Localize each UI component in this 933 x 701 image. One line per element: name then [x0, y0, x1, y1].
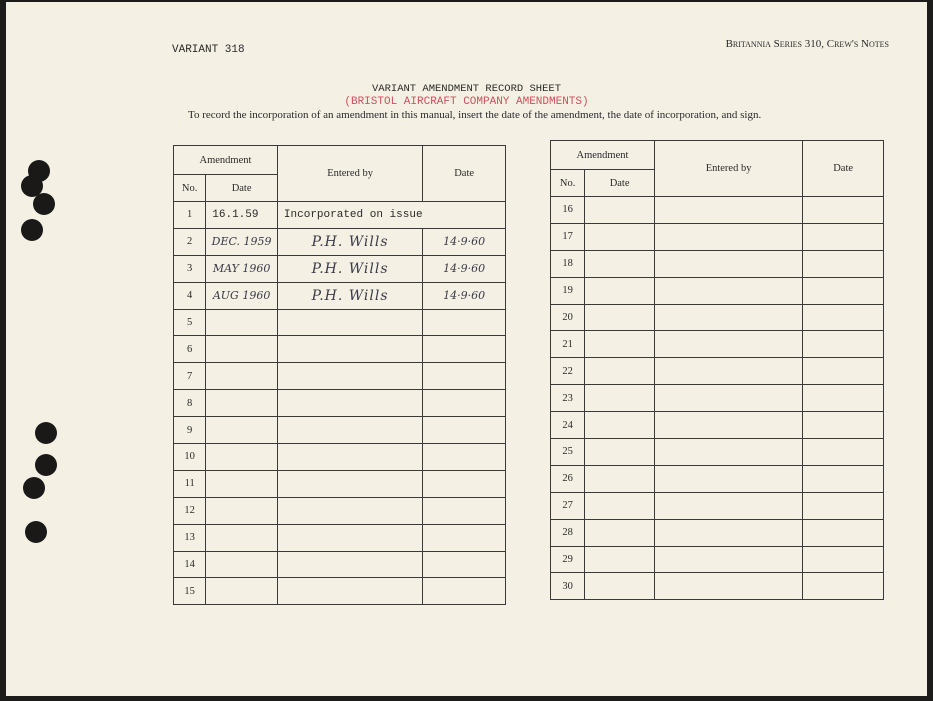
table-row: 11: [174, 470, 506, 497]
row-no: 7: [174, 363, 206, 390]
row-no: 19: [551, 277, 585, 304]
entered-by: [654, 519, 802, 546]
entered-by: [654, 546, 802, 573]
row-no: 28: [551, 519, 585, 546]
amendment-date: [585, 519, 655, 546]
table-row: 7: [174, 363, 506, 390]
date-header: Date: [585, 170, 655, 197]
table-row: 6: [174, 336, 506, 363]
table-row: 2 DEC. 1959 P.H. Wills 14·9·60: [174, 228, 506, 255]
row-no: 22: [551, 358, 585, 385]
date-incorporated: [423, 578, 506, 605]
row-no: 8: [174, 390, 206, 417]
signature: P.H. Wills: [277, 228, 422, 255]
date-incorporated: [423, 336, 506, 363]
date-incorporated: [803, 304, 884, 331]
row-no: 3: [174, 255, 206, 282]
no-header: No.: [551, 170, 585, 197]
amendment-date: 16.1.59: [206, 202, 278, 229]
amendment-date: AUG 1960: [206, 282, 278, 309]
entered-by: [277, 390, 422, 417]
entered-by: [277, 524, 422, 551]
table-row: 15: [174, 578, 506, 605]
entered-by: [654, 331, 802, 358]
amendment-date: [206, 551, 278, 578]
row-no: 1: [174, 202, 206, 229]
date-incorporated: [803, 385, 884, 412]
series-label: Britannia Series 310, Crew's Notes: [726, 38, 889, 50]
entered-by: [277, 336, 422, 363]
amendment-date: [585, 385, 655, 412]
entered-by: [654, 197, 802, 224]
entered-by: [277, 444, 422, 471]
amendment-date: [206, 363, 278, 390]
table-row: 28: [551, 519, 884, 546]
signature: P.H. Wills: [277, 282, 422, 309]
table-row: 21: [551, 331, 884, 358]
no-header: No.: [174, 175, 206, 202]
date-incorporated-header: Date: [423, 146, 506, 202]
row-no: 30: [551, 573, 585, 600]
table-row: 22: [551, 358, 884, 385]
entered-by: [654, 439, 802, 466]
punch-hole: [35, 422, 57, 444]
row-no: 9: [174, 417, 206, 444]
row-no: 16: [551, 197, 585, 224]
entered-by: [654, 412, 802, 439]
row-no: 20: [551, 304, 585, 331]
date-incorporated: [423, 417, 506, 444]
entered-by: [277, 470, 422, 497]
table-row: 16: [551, 197, 884, 224]
amendment-date: [206, 524, 278, 551]
sheet-title: VARIANT AMENDMENT RECORD SHEET: [6, 83, 927, 95]
date-incorporated: [803, 223, 884, 250]
entered-by: [277, 551, 422, 578]
sheet-instructions: To record the incorporation of an amendm…: [188, 109, 761, 121]
table-row: 10: [174, 444, 506, 471]
row-no: 14: [174, 551, 206, 578]
table-row: 8: [174, 390, 506, 417]
table-row: 13: [174, 524, 506, 551]
sheet-subtitle: (BRISTOL AIRCRAFT COMPANY AMENDMENTS): [6, 96, 927, 108]
table-row: 20: [551, 304, 884, 331]
amendment-date: [585, 412, 655, 439]
row-no: 4: [174, 282, 206, 309]
amendment-date: [585, 439, 655, 466]
row-no: 24: [551, 412, 585, 439]
variant-label: VARIANT 318: [172, 44, 245, 56]
table-row: 27: [551, 492, 884, 519]
table-row: 12: [174, 497, 506, 524]
amendment-date: [206, 578, 278, 605]
table-row: 3 MAY 1960 P.H. Wills 14·9·60: [174, 255, 506, 282]
amendment-date: [585, 492, 655, 519]
entered-by: [277, 363, 422, 390]
row-no: 26: [551, 465, 585, 492]
row-no: 23: [551, 385, 585, 412]
amendment-date: [585, 546, 655, 573]
amendment-date: [585, 573, 655, 600]
amendment-date: [585, 250, 655, 277]
row-no: 12: [174, 497, 206, 524]
amendment-group-header: Amendment: [174, 146, 278, 175]
date-header: Date: [206, 175, 278, 202]
amendment-date: [206, 497, 278, 524]
date-incorporated: [803, 331, 884, 358]
row-no: 2: [174, 228, 206, 255]
amendment-date: [585, 465, 655, 492]
amendment-date: [206, 444, 278, 471]
entered-by-header: Entered by: [654, 141, 802, 197]
entered-by: [654, 492, 802, 519]
date-incorporated: 14·9·60: [423, 282, 506, 309]
row-no: 17: [551, 223, 585, 250]
amendment-date: [585, 223, 655, 250]
entered-by: [654, 385, 802, 412]
amendment-date: MAY 1960: [206, 255, 278, 282]
date-incorporated: [803, 250, 884, 277]
amendment-group-header: Amendment: [551, 141, 655, 170]
row-no: 15: [174, 578, 206, 605]
date-incorporated: [423, 497, 506, 524]
amendment-date: [585, 304, 655, 331]
amendment-date: [585, 331, 655, 358]
table-row: 5: [174, 309, 506, 336]
row-no: 6: [174, 336, 206, 363]
date-incorporated: [803, 277, 884, 304]
table-row: 1 16.1.59 Incorporated on issue: [174, 202, 506, 229]
date-incorporated: [423, 524, 506, 551]
amendment-date: [206, 470, 278, 497]
entered-by: [654, 358, 802, 385]
date-incorporated: [803, 546, 884, 573]
entered-by-header: Entered by: [277, 146, 422, 202]
date-incorporated: [803, 358, 884, 385]
date-incorporated: [423, 390, 506, 417]
entered-by: Incorporated on issue: [277, 202, 505, 229]
date-incorporated: [803, 197, 884, 224]
date-incorporated: [423, 363, 506, 390]
date-incorporated: 14·9·60: [423, 255, 506, 282]
row-no: 27: [551, 492, 585, 519]
row-no: 18: [551, 250, 585, 277]
entered-by: [277, 578, 422, 605]
date-incorporated: [423, 470, 506, 497]
entered-by: [277, 309, 422, 336]
amendment-date: [206, 309, 278, 336]
date-incorporated: [423, 551, 506, 578]
amendment-date: [585, 358, 655, 385]
table-row: 4 AUG 1960 P.H. Wills 14·9·60: [174, 282, 506, 309]
row-no: 25: [551, 439, 585, 466]
amendment-date: [206, 390, 278, 417]
row-no: 29: [551, 546, 585, 573]
date-incorporated: [803, 492, 884, 519]
entered-by: [654, 573, 802, 600]
entered-by: [654, 277, 802, 304]
amendment-date: [206, 417, 278, 444]
entered-by: [654, 250, 802, 277]
row-no: 10: [174, 444, 206, 471]
date-incorporated: [803, 439, 884, 466]
document-page: VARIANT 318 Britannia Series 310, Crew's…: [6, 2, 927, 696]
punch-hole: [33, 193, 55, 215]
punch-hole: [35, 454, 57, 476]
amendment-table-left: Amendment Entered by Date No. Date 1 16.…: [173, 145, 506, 605]
row-no: 11: [174, 470, 206, 497]
date-incorporated: 14·9·60: [423, 228, 506, 255]
punch-hole: [21, 219, 43, 241]
signature: P.H. Wills: [277, 255, 422, 282]
amendment-date: [585, 197, 655, 224]
date-incorporated: [803, 573, 884, 600]
amendment-date: [206, 336, 278, 363]
date-incorporated: [803, 412, 884, 439]
entered-by: [277, 497, 422, 524]
table-row: 30: [551, 573, 884, 600]
table-row: 18: [551, 250, 884, 277]
table-row: 19: [551, 277, 884, 304]
row-no: 5: [174, 309, 206, 336]
date-incorporated: [423, 309, 506, 336]
table-row: 29: [551, 546, 884, 573]
entered-by: [654, 304, 802, 331]
entered-by: [654, 465, 802, 492]
amendment-date: [585, 277, 655, 304]
punch-hole: [25, 521, 47, 543]
table-row: 24: [551, 412, 884, 439]
amendment-table-right: Amendment Entered by Date No. Date 16 17…: [550, 140, 884, 600]
table-row: 14: [174, 551, 506, 578]
entered-by: [277, 417, 422, 444]
table-row: 25: [551, 439, 884, 466]
punch-hole: [23, 477, 45, 499]
entered-by: [654, 223, 802, 250]
table-row: 9: [174, 417, 506, 444]
table-row: 23: [551, 385, 884, 412]
table-row: 26: [551, 465, 884, 492]
date-incorporated: [423, 444, 506, 471]
row-no: 21: [551, 331, 585, 358]
date-incorporated-header: Date: [803, 141, 884, 197]
amendment-date: DEC. 1959: [206, 228, 278, 255]
date-incorporated: [803, 465, 884, 492]
row-no: 13: [174, 524, 206, 551]
date-incorporated: [803, 519, 884, 546]
table-row: 17: [551, 223, 884, 250]
